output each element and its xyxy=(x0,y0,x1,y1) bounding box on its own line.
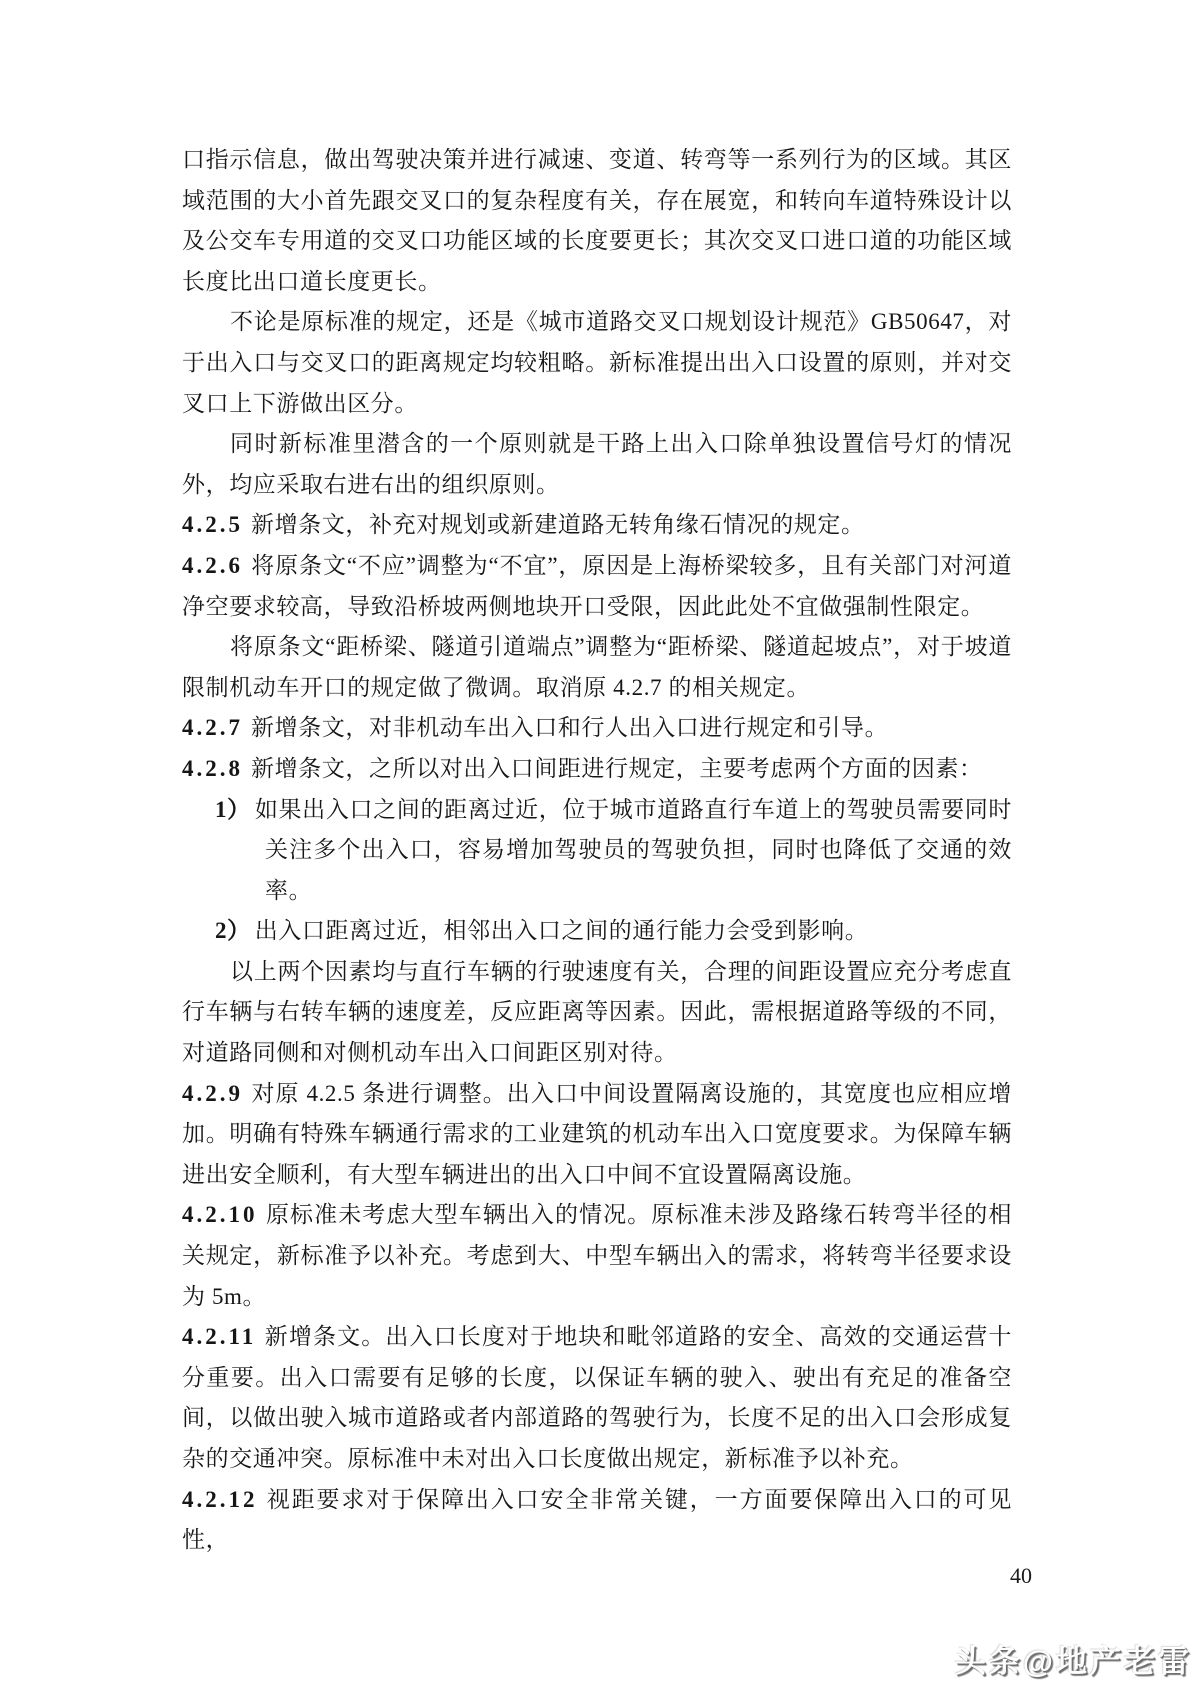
document-body: 口指示信息，做出驾驶决策并进行减速、变道、转弯等一系列行为的区域。其区域范围的大… xyxy=(182,140,1012,1561)
clause-number: 4.2.12 xyxy=(182,1487,258,1512)
clause-number: 4.2.10 xyxy=(182,1202,258,1227)
paragraph: 4.2.10原标准未考虑大型车辆出入的情况。原标准未涉及路缘石转弯半径的相关规定… xyxy=(182,1195,1012,1317)
paragraph: 将原条文“距桥梁、隧道引道端点”调整为“距桥梁、隧道起坡点”，对于坡道限制机动车… xyxy=(182,627,1012,708)
paragraph: 以上两个因素均与直行车辆的行驶速度有关，合理的间距设置应充分考虑直行车辆与右转车… xyxy=(182,952,1012,1074)
paragraph: 不论是原标准的规定，还是《城市道路交叉口规划设计规范》GB50647，对于出入口… xyxy=(182,302,1012,424)
paragraph: 4.2.5新增条文，补充对规划或新建道路无转角缘石情况的规定。 xyxy=(182,505,1012,546)
paragraph: 4.2.7新增条文，对非机动车出入口和行人出入口进行规定和引导。 xyxy=(182,708,1012,749)
clause-number: 4.2.5 xyxy=(182,512,243,537)
clause-number: 4.2.11 xyxy=(182,1324,256,1349)
watermark: 头条@地产老雷 xyxy=(955,1636,1192,1681)
paragraph: 4.2.8新增条文，之所以对出入口间距进行规定，主要考虑两个方面的因素： xyxy=(182,749,1012,790)
list-item-marker: 2） xyxy=(215,918,251,943)
clause-number: 4.2.8 xyxy=(182,756,243,781)
list-item-marker: 1） xyxy=(215,797,251,822)
paragraph: 4.2.6将原条文“不应”调整为“不宜”，原因是上海桥梁较多，且有关部门对河道净… xyxy=(182,546,1012,627)
clause-number: 4.2.7 xyxy=(182,715,243,740)
clause-number: 4.2.6 xyxy=(182,553,243,578)
paragraph: 同时新标准里潜含的一个原则就是干路上出入口除单独设置信号灯的情况外，均应采取右进… xyxy=(182,424,1012,505)
document-page: 口指示信息，做出驾驶决策并进行减速、变道、转弯等一系列行为的区域。其区域范围的大… xyxy=(0,0,1200,1697)
paragraph: 4.2.9对原 4.2.5 条进行调整。出入口中间设置隔离设施的，其宽度也应相应… xyxy=(182,1074,1012,1196)
paragraph: 口指示信息，做出驾驶决策并进行减速、变道、转弯等一系列行为的区域。其区域范围的大… xyxy=(182,140,1012,302)
paragraph: 4.2.12视距要求对于保障出入口安全非常关键，一方面要保障出入口的可见性， xyxy=(182,1480,1012,1561)
list-item: 1）如果出入口之间的距离过近，位于城市道路直行车道上的驾驶员需要同时关注多个出入… xyxy=(182,790,1012,912)
page-number: 40 xyxy=(1010,1563,1032,1589)
clause-number: 4.2.9 xyxy=(182,1081,243,1106)
list-item: 2）出入口距离过近，相邻出入口之间的通行能力会受到影响。 xyxy=(182,911,1012,952)
paragraph: 4.2.11新增条文。出入口长度对于地块和毗邻道路的安全、高效的交通运营十分重要… xyxy=(182,1317,1012,1479)
